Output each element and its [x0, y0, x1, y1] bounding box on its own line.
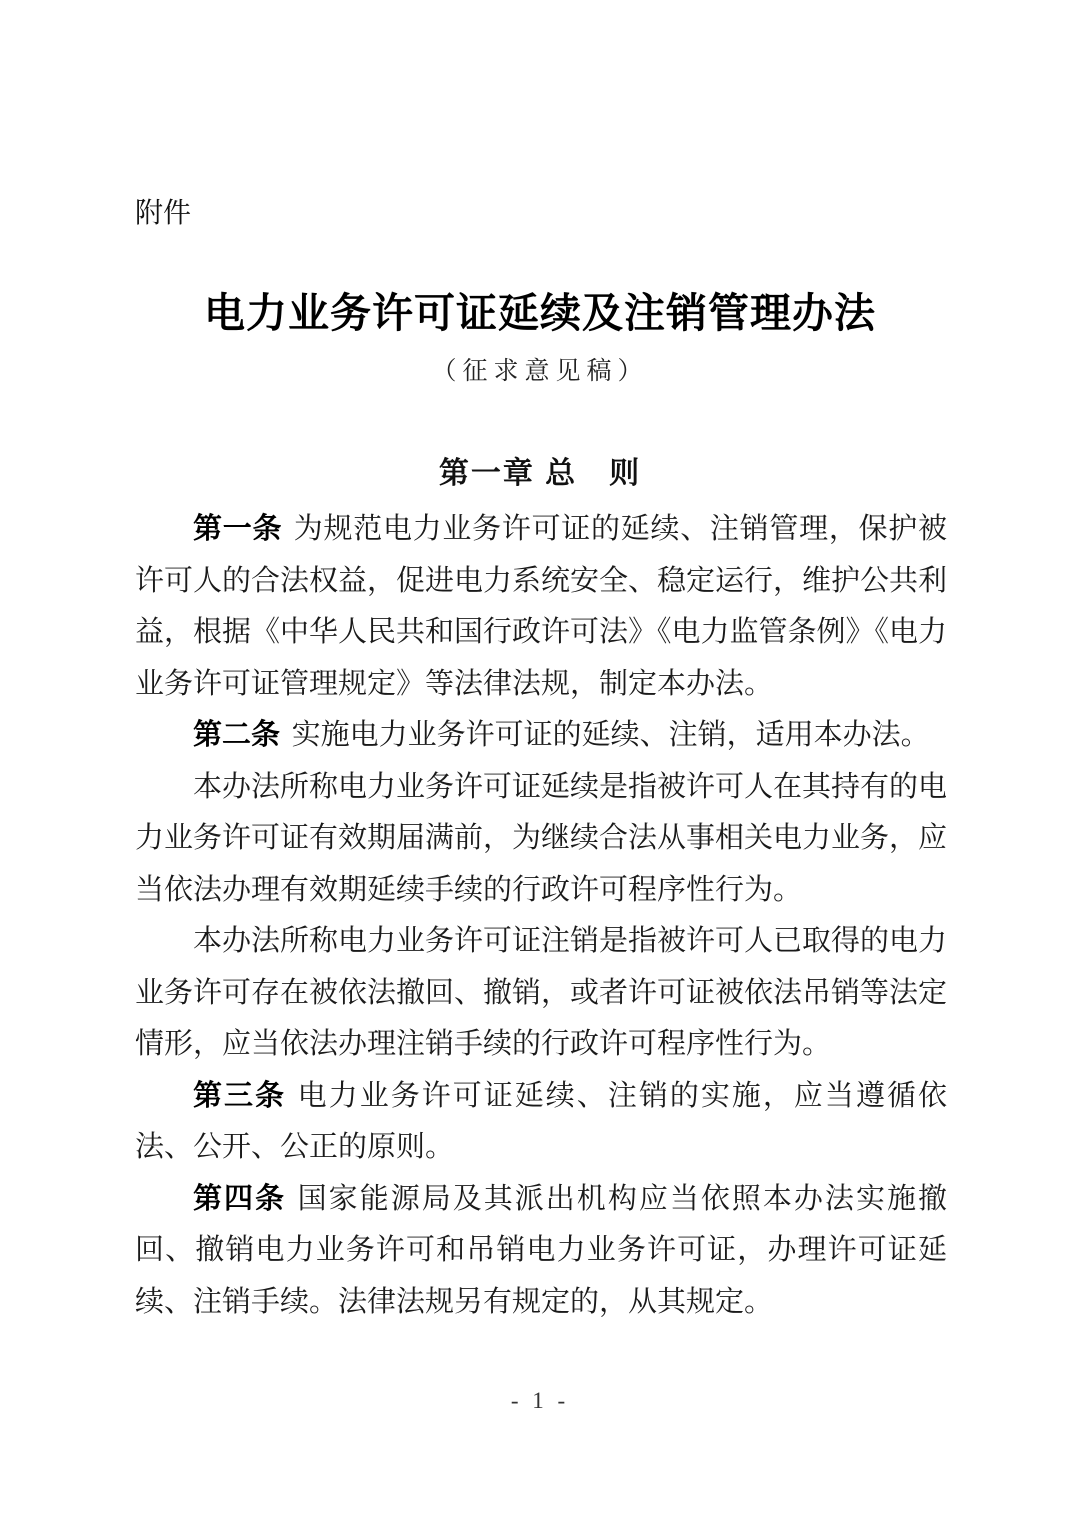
body-paragraph: 本办法所称电力业务许可证注销是指被许可人已取得的电力业务许可存在被依法撤回、撤销… [135, 916, 947, 1071]
document-title: 电力业务许可证延续及注销管理办法 [0, 288, 1080, 338]
body-paragraph: 本办法所称电力业务许可证延续是指被许可人在其持有的电力业务许可证有效期届满前，为… [135, 762, 947, 917]
document-page: 附件 电力业务许可证延续及注销管理办法 （征求意见稿） 第一章 总 则 第一条为… [0, 0, 1080, 1527]
paragraph-text: 实施电力业务许可证的延续、注销，适用本办法。 [292, 719, 930, 751]
page-number: - 1 - [0, 1388, 1080, 1414]
article-paragraph: 第四条国家能源局及其派出机构应当依照本办法实施撤回、撤销电力业务许可和吊销电力业… [135, 1174, 947, 1329]
article-number-label: 第二条 [193, 719, 280, 751]
document-body-text: 第一条为规范电力业务许可证的延续、注销管理，保护被许可人的合法权益，促进电力系统… [135, 504, 947, 1328]
article-number-label: 第三条 [193, 1080, 286, 1112]
article-paragraph: 第二条实施电力业务许可证的延续、注销，适用本办法。 [135, 710, 947, 762]
paragraph-text: 本办法所称电力业务许可证注销是指被许可人已取得的电力业务许可存在被依法撤回、撤销… [135, 925, 947, 1060]
article-number-label: 第四条 [193, 1183, 286, 1215]
attachment-label: 附件 [135, 196, 191, 230]
document-subtitle: （征求意见稿） [0, 356, 1080, 388]
paragraph-text: 本办法所称电力业务许可证延续是指被许可人在其持有的电力业务许可证有效期届满前，为… [135, 771, 947, 906]
article-paragraph: 第三条电力业务许可证延续、注销的实施，应当遵循依法、公开、公正的原则。 [135, 1071, 947, 1174]
article-paragraph: 第一条为规范电力业务许可证的延续、注销管理，保护被许可人的合法权益，促进电力系统… [135, 504, 947, 710]
chapter-heading: 第一章 总 则 [0, 455, 1080, 493]
article-number-label: 第一条 [193, 513, 282, 545]
